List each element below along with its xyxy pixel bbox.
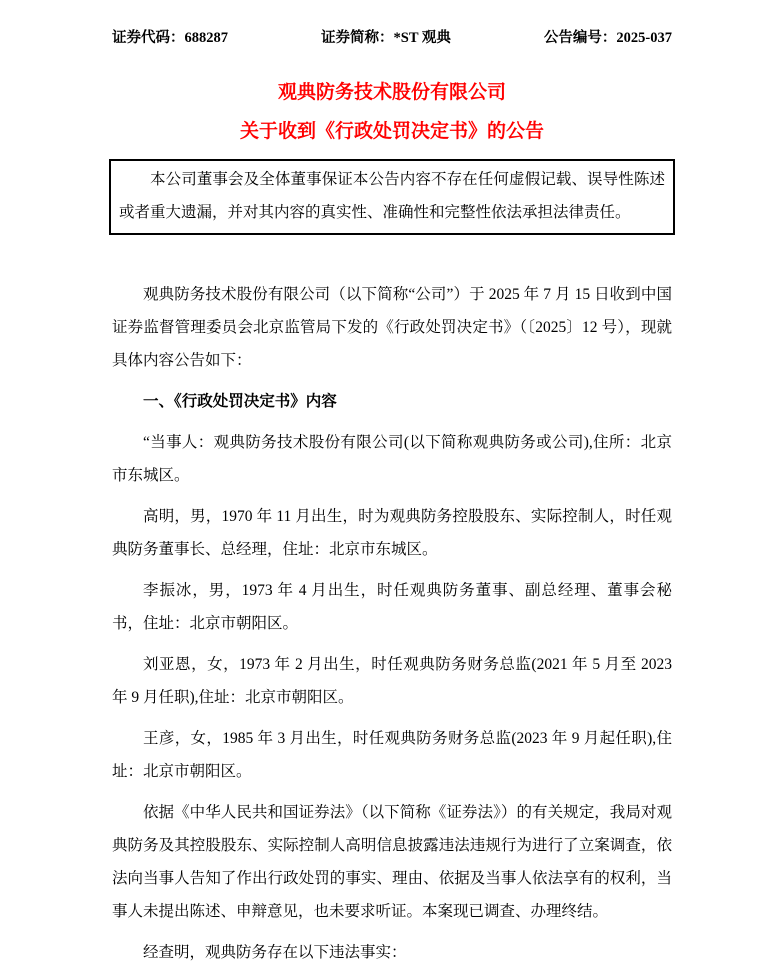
paragraph-legal-basis: 依据《中华人民共和国证券法》（以下简称《证券法》）的有关规定，我局对观典防务及其… xyxy=(112,796,672,928)
paragraph-party-company: “当事人：观典防务技术股份有限公司(以下简称观典防务或公司),住所：北京市东城区… xyxy=(112,426,672,492)
paragraph-party-wangyan: 王彦，女，1985 年 3 月出生，时任观典防务财务总监(2023 年 9 月起… xyxy=(112,722,672,788)
announcement-number-label: 公告编号：2025-037 xyxy=(544,28,672,48)
section-heading-decision-content: 一、《行政处罚决定书》内容 xyxy=(112,385,672,418)
stock-abbreviation-label: 证券简称：*ST 观典 xyxy=(321,28,451,48)
announcement-document: 证券代码：688287 证券简称：*ST 观典 公告编号：2025-037 观典… xyxy=(0,0,784,969)
paragraph-party-liuyaen: 刘亚恩，女，1973 年 2 月出生，时任观典防务财务总监(2021 年 5 月… xyxy=(112,648,672,714)
document-header: 证券代码：688287 证券简称：*ST 观典 公告编号：2025-037 xyxy=(112,28,672,48)
paragraph-party-gaoming: 高明，男，1970 年 11 月出生，时为观典防务控股股东、实际控制人，时任观典… xyxy=(112,500,672,566)
paragraph-party-lizhenbing: 李振冰，男，1973 年 4 月出生，时任观典防务董事、副总经理、董事会秘书，住… xyxy=(112,574,672,640)
board-disclaimer-box: 本公司董事会及全体董事保证本公告内容不存在任何虚假记载、误导性陈述或者重大遗漏，… xyxy=(109,159,675,235)
paragraph-findings-intro: 经查明，观典防务存在以下违法事实： xyxy=(112,936,672,969)
company-name-title: 观典防务技术股份有限公司 xyxy=(0,80,784,106)
paragraph-intro: 观典防务技术股份有限公司（以下简称“公司”）于 2025 年 7 月 15 日收… xyxy=(112,278,672,377)
document-body: 观典防务技术股份有限公司（以下简称“公司”）于 2025 年 7 月 15 日收… xyxy=(112,278,672,969)
stock-code-label: 证券代码：688287 xyxy=(112,28,228,48)
announcement-title: 关于收到《行政处罚决定书》的公告 xyxy=(0,119,784,145)
